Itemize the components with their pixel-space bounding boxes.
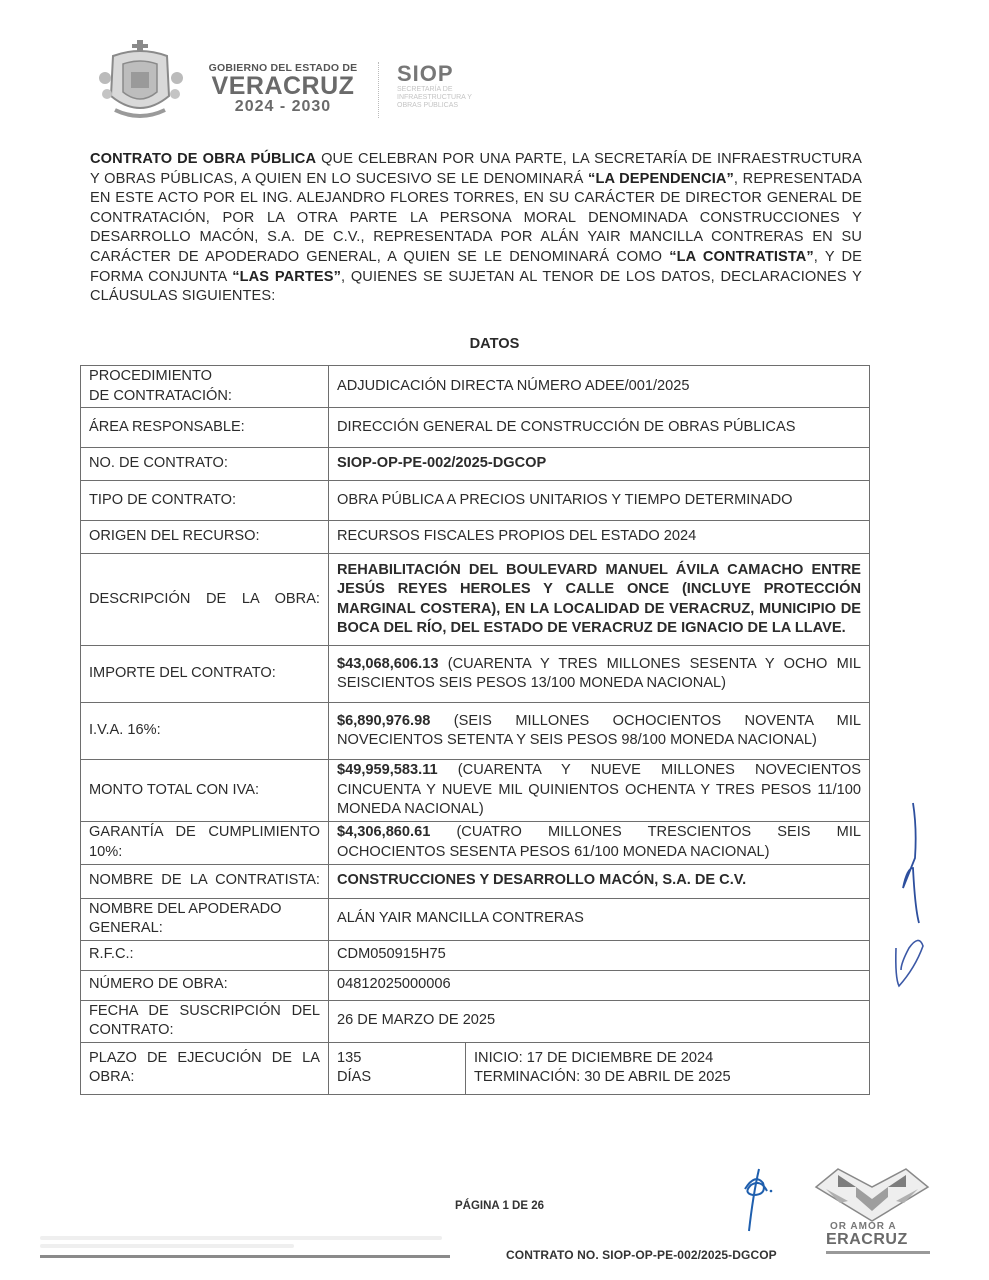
row-label: ORIGEN DEL RECURSO: <box>81 521 329 554</box>
row-value: OBRA PÚBLICA A PRECIOS UNITARIOS Y TIEMP… <box>329 481 870 521</box>
plazo-days-unit: DÍAS <box>337 1068 457 1088</box>
plazo-dates: INICIO: 17 DE DICIEMBRE DE 2024TERMINACI… <box>466 1042 870 1094</box>
plazo-days: 135DÍAS <box>329 1042 466 1094</box>
por-amor-a-veracruz-logo: OR AMOR A ERACRUZ <box>812 1165 932 1265</box>
table-row: ÁREA RESPONSABLE:DIRECCIÓN GENERAL DE CO… <box>81 408 870 448</box>
letterhead: GOBIERNO DEL ESTADO DE VERACRUZ 2024 - 2… <box>95 40 515 125</box>
agency-logo: SIOP SECRETARÍA DE INFRAESTRUCTURA Y OBR… <box>397 62 492 110</box>
contract-data-table: PROCEDIMIENTO DE CONTRATACIÓN:ADJUDICACI… <box>80 365 870 1095</box>
amount-figure: $49,959,583.11 <box>337 762 438 778</box>
amount-figure: $6,890,976.98 <box>337 713 430 729</box>
table-row: FECHA DE SUSCRIPCIÓN DEL CONTRATO:26 DE … <box>81 1000 870 1042</box>
row-value: ALÁN YAIR MANCILLA CONTRERAS <box>329 898 870 940</box>
preamble-emphasis: “LA CONTRATISTA” <box>669 249 814 265</box>
row-value: 04812025000006 <box>329 970 870 1000</box>
heart-chevron-icon <box>812 1165 932 1223</box>
datos-heading: DATOS <box>0 336 989 352</box>
amount-figure: $43,068,606.13 <box>337 656 438 672</box>
margin-signature-icon <box>893 798 933 988</box>
row-label: PROCEDIMIENTO DE CONTRATACIÓN: <box>81 366 329 408</box>
table-row: I.V.A. 16%:$6,890,976.98 (SEIS MILLONES … <box>81 703 870 760</box>
row-value: $43,068,606.13 (CUARENTA Y TRES MILLONES… <box>329 646 870 703</box>
preamble-emphasis: “LA DEPENDENCIA” <box>588 171 734 187</box>
row-value: SIOP-OP-PE-002/2025-DGCOP <box>329 448 870 481</box>
row-value: DIRECCIÓN GENERAL DE CONSTRUCCIÓN DE OBR… <box>329 408 870 448</box>
row-label: PLAZO DE EJECUCIÓN DE LA OBRA: <box>81 1042 329 1094</box>
row-value: REHABILITACIÓN DEL BOULEVARD MANUEL ÁVIL… <box>329 554 870 646</box>
government-logo: GOBIERNO DEL ESTADO DE VERACRUZ 2024 - 2… <box>203 62 363 116</box>
contract-preamble: CONTRATO DE OBRA PÚBLICA QUE CELEBRAN PO… <box>90 150 862 307</box>
agency-name: SECRETARÍA DE INFRAESTRUCTURA Y OBRAS PÚ… <box>397 86 492 110</box>
row-value: CONSTRUCCIONES Y DESARROLLO MACÓN, S.A. … <box>329 864 870 898</box>
row-value: RECURSOS FISCALES PROPIOS DEL ESTADO 202… <box>329 521 870 554</box>
row-value: 26 DE MARZO DE 2025 <box>329 1000 870 1042</box>
table-row: MONTO TOTAL CON IVA:$49,959,583.11 (CUAR… <box>81 760 870 822</box>
plazo-days-number: 135 <box>337 1049 457 1069</box>
footer-contract-reference: CONTRATO NO. SIOP-OP-PE-002/2025-DGCOP <box>506 1248 777 1262</box>
row-label: DESCRIPCIÓN DE LA OBRA: <box>81 554 329 646</box>
table-row: IMPORTE DEL CONTRATO:$43,068,606.13 (CUA… <box>81 646 870 703</box>
logo-divider <box>378 62 380 118</box>
government-state-name: VERACRUZ <box>203 74 363 98</box>
row-value: $49,959,583.11 (CUARENTA Y NUEVE MILLONE… <box>329 760 870 822</box>
preamble-emphasis: CONTRATO DE OBRA PÚBLICA <box>90 151 316 167</box>
row-label: IMPORTE DEL CONTRATO: <box>81 646 329 703</box>
table-row: DESCRIPCIÓN DE LA OBRA:REHABILITACIÓN DE… <box>81 554 870 646</box>
slogan-underline <box>826 1251 930 1254</box>
table-row: TIPO DE CONTRATO:OBRA PÚBLICA A PRECIOS … <box>81 481 870 521</box>
table-row: PROCEDIMIENTO DE CONTRATACIÓN:ADJUDICACI… <box>81 366 870 408</box>
plazo-end-date: TERMINACIÓN: 30 DE ABRIL DE 2025 <box>474 1068 861 1088</box>
table-row: ORIGEN DEL RECURSO:RECURSOS FISCALES PRO… <box>81 521 870 554</box>
agency-acronym: SIOP <box>397 62 492 86</box>
row-label: R.F.C.: <box>81 940 329 970</box>
row-value: CDM050915H75 <box>329 940 870 970</box>
row-label: NO. DE CONTRATO: <box>81 448 329 481</box>
table-row: R.F.C.:CDM050915H75 <box>81 940 870 970</box>
table-row: GARANTÍA DE CUMPLIMIENTO 10%:$4,306,860.… <box>81 821 870 864</box>
row-label: ÁREA RESPONSABLE: <box>81 408 329 448</box>
row-label: MONTO TOTAL CON IVA: <box>81 760 329 822</box>
preamble-emphasis: “LAS PARTES” <box>232 269 341 285</box>
row-label: NÚMERO DE OBRA: <box>81 970 329 1000</box>
row-label: FECHA DE SUSCRIPCIÓN DEL CONTRATO: <box>81 1000 329 1042</box>
row-label: NOMBRE DE LA CONTRATISTA: <box>81 864 329 898</box>
amount-figure: $4,306,860.61 <box>337 824 430 840</box>
row-value: ADJUDICACIÓN DIRECTA NÚMERO ADEE/001/202… <box>329 366 870 408</box>
row-value: $6,890,976.98 (SEIS MILLONES OCHOCIENTOS… <box>329 703 870 760</box>
row-label: I.V.A. 16%: <box>81 703 329 760</box>
plazo-start-date: INICIO: 17 DE DICIEMBRE DE 2024 <box>474 1049 861 1069</box>
footer-address-block <box>40 1236 450 1258</box>
table-row: NÚMERO DE OBRA:04812025000006 <box>81 970 870 1000</box>
table-row: NOMBRE DE LA CONTRATISTA:CONSTRUCCIONES … <box>81 864 870 898</box>
state-coat-of-arms-icon <box>95 40 187 120</box>
slogan-line-2: ERACRUZ <box>826 1231 908 1249</box>
table-row: NO. DE CONTRATO:SIOP-OP-PE-002/2025-DGCO… <box>81 448 870 481</box>
row-label: TIPO DE CONTRATO: <box>81 481 329 521</box>
row-label: NOMBRE DEL APODERADO GENERAL: <box>81 898 329 940</box>
government-term: 2024 - 2030 <box>203 98 363 116</box>
table-row: NOMBRE DEL APODERADO GENERAL:ALÁN YAIR M… <box>81 898 870 940</box>
row-label: GARANTÍA DE CUMPLIMIENTO 10%: <box>81 821 329 864</box>
row-value: $4,306,860.61 (CUATRO MILLONES TRESCIENT… <box>329 821 870 864</box>
footer-divider <box>40 1255 450 1258</box>
table-row-plazo: PLAZO DE EJECUCIÓN DE LA OBRA:135DÍASINI… <box>81 1042 870 1094</box>
